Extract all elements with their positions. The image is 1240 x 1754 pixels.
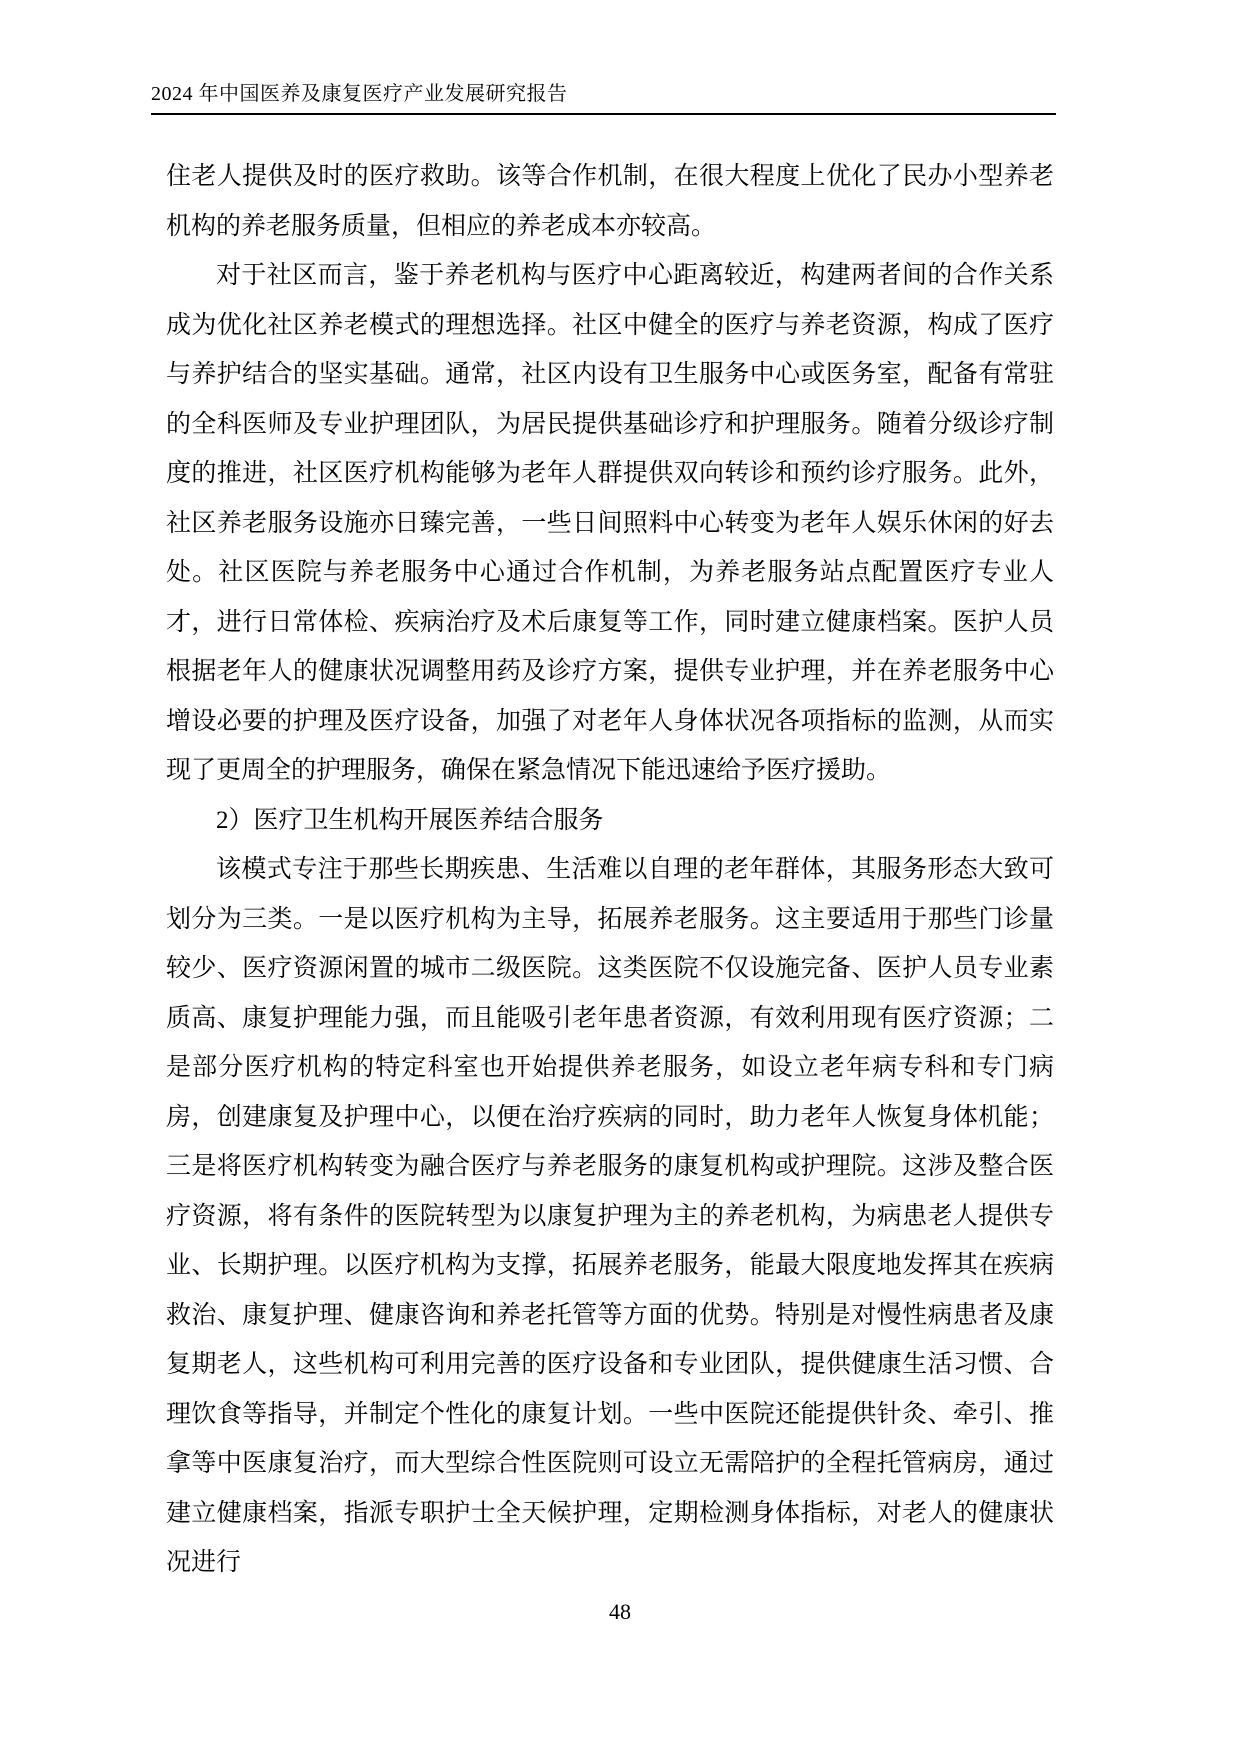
page-footer: 48 xyxy=(0,1598,1240,1626)
paragraph-three-service-types: 该模式专注于那些长期疾患、生活难以自理的老年群体，其服务形态大致可划分为三类。一… xyxy=(166,845,1054,1588)
numbered-heading-medical-institutions: 2）医疗卫生机构开展医养结合服务 xyxy=(166,796,1054,846)
page-number: 48 xyxy=(609,1599,631,1624)
page-header: 2024 年中国医养及康复医疗产业发展研究报告 xyxy=(151,82,1056,115)
paragraph-community-model: 对于社区而言，鉴于养老机构与医疗中心距离较近，构建两者间的合作关系成为优化社区养… xyxy=(166,251,1054,796)
paragraph-continuation: 住老人提供及时的医疗救助。该等合作机制，在很大程度上优化了民办小型养老机构的养老… xyxy=(166,152,1054,251)
document-page: 2024 年中国医养及康复医疗产业发展研究报告 住老人提供及时的医疗救助。该等合… xyxy=(0,0,1240,1754)
body-text-column: 住老人提供及时的医疗救助。该等合作机制，在很大程度上优化了民办小型养老机构的养老… xyxy=(166,152,1054,1588)
report-title: 2024 年中国医养及康复医疗产业发展研究报告 xyxy=(151,82,1056,106)
